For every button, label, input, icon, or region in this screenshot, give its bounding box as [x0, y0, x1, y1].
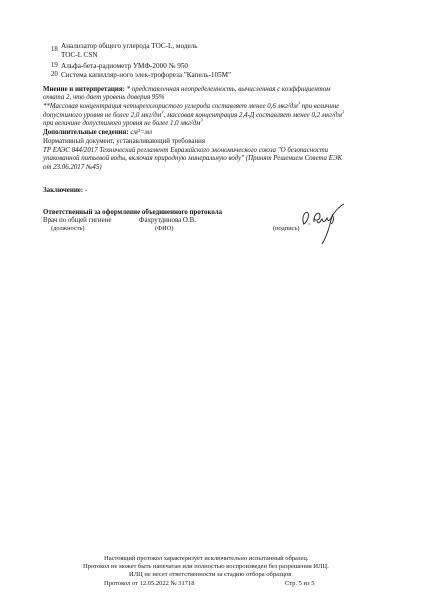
note-text: при величине [300, 103, 339, 110]
equipment-number: 18 [51, 46, 58, 54]
note-line-3: при величине допустимого уровня не более… [43, 120, 203, 128]
normative-line-3: от 23.06.2017 №45) [43, 164, 102, 172]
note-text: **Массовая концентрация четыреххлористог… [43, 103, 298, 110]
position-caption: (должность) [51, 225, 85, 233]
additional-value: см³=мл [129, 129, 152, 136]
superscript: 3 [200, 118, 202, 123]
conclusion-label: Заключение: [43, 187, 83, 194]
additional-info: Дополнительные сведения: см³=мл [43, 129, 152, 137]
note-text: допустимого уровня не более 2,0 мкг/дм [43, 112, 161, 119]
additional-label: Дополнительные сведения: [43, 129, 129, 136]
equipment-name: Анализатор общего углерода TOC-L, модель [61, 42, 198, 50]
equipment-model: TOC-L CSN [61, 51, 98, 59]
name-caption: (ФИО) [155, 225, 174, 233]
note-line-1: **Массовая концентрация четыреххлористог… [43, 103, 339, 111]
conclusion-value: - [83, 187, 87, 194]
equipment-name: Альфа-бета-радиометр УМФ-2000 № 950 [61, 62, 188, 70]
equipment-number: 20 [51, 71, 58, 79]
footer-line-3: ИЛЦ не несет ответственности за стадию о… [129, 571, 291, 579]
signature-image [300, 200, 350, 250]
document-page: 18 Анализатор общего углерода TOC-L, мод… [0, 0, 424, 600]
normative-heading: Нормативный документ, устанавливающий тр… [43, 138, 205, 146]
protocol-number: Протокол от 12.05.2022 № 31718 [104, 580, 195, 588]
opinion-text: * представленная неопределенность, вычис… [125, 86, 330, 93]
equipment-name: Система капилляр-ного элек-трофореза "Ка… [61, 71, 231, 79]
equipment-number: 19 [51, 62, 58, 70]
conclusion: Заключение: - [43, 187, 87, 195]
superscript: 3 [342, 110, 344, 115]
normative-line-2: упакованной питьевой воды, включая приро… [43, 155, 342, 163]
note-text: при величине допустимого уровня не более… [43, 120, 200, 127]
page-number: Стр. 5 из 5 [285, 580, 314, 588]
note-text: , массовая концентрация 2,4-Д составляет… [163, 112, 342, 119]
opinion-label: Мнение и интерпретация: [43, 86, 125, 93]
signature-caption: (подпись) [273, 225, 300, 233]
footer-line-1: Настоящий протокол характеризует исключи… [104, 555, 308, 563]
footer-line-2: Протокол не может быть напечатан или пол… [83, 563, 329, 571]
opinion-line-2: охвата 2, что дает уровень доверия 95% [43, 94, 165, 102]
